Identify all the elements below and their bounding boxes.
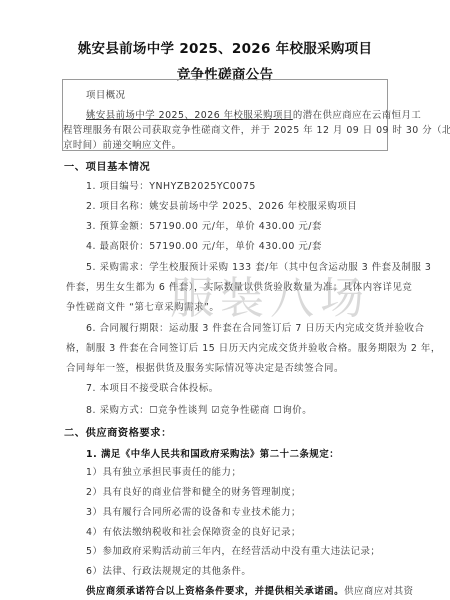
overview-line3: 京时间）前递交响应文件。: [63, 137, 182, 151]
commitment-rest: 供应商应对其资: [344, 586, 413, 597]
overview-heading: 项目概况: [86, 87, 126, 101]
document-title-line1: 姚安县前场中学 2025、2026 年校服采购项目: [0, 37, 450, 57]
contract-period-line2: 格，制服 3 件套在合同签订后 15 日历天内完成交货并验收合格。服务期限为 2…: [66, 340, 441, 354]
document-page: 姚安县前场中学 2025、2026 年校服采购项目 竞争性磋商公告 项目概况 姚…: [0, 0, 450, 600]
procurement-needs-line1: 5. 采购需求：学生校服预计采购 133 套/年（其中包含运动服 3 件套及制服…: [86, 259, 431, 273]
condition-1: 1）具有独立承担民事责任的能力；: [86, 464, 241, 478]
procurement-method: 8. 采购方式：☐竞争性谈判 ☑竞争性磋商 ☐询价。: [86, 402, 312, 416]
section1-heading: 一、项目基本情况: [64, 158, 150, 173]
max-price: 4. 最高限价：57190.00 元/年，单价 430.00 元/套: [86, 238, 322, 252]
project-number: 1. 项目编号：YNHYZB2025YC0075: [86, 178, 256, 192]
procurement-needs-line3: 争性磋商文件 “第七章采购需求”。: [66, 299, 219, 313]
project-name: 2. 项目名称：姚安县前场中学 2025、2026 年校服采购项目: [86, 198, 357, 212]
contract-period-line3: 合同每年一签，根据供货及服务实际情况等决定是否续签合同。: [66, 360, 344, 374]
overview-project-name-link: 姚安县前场中学 2025、2026 年校服采购项目: [86, 110, 293, 121]
procurement-needs-line2: 件套，男生女生都为 6 件套），实际数量以供货验收数量为准；具体内容详见竞: [66, 279, 412, 293]
commitment-line: 供应商须承诺符合以上资格条件要求，并提供相关承诺函。供应商应对其资: [86, 583, 414, 597]
condition-4: 4）有依法缴纳税收和社会保障资金的良好记录；: [86, 524, 301, 538]
section2-heading: 二、供应商资格要求：: [64, 424, 172, 439]
condition-2: 2）具有良好的商业信誉和健全的财务管理制度；: [86, 484, 301, 498]
contract-period-line1: 6. 合同履行期限：运动服 3 件套在合同签订后 7 日历天内完成交货并验收合: [86, 320, 424, 334]
overview-line2: 程管理服务有限公司获取竞争性磋商文件，并于 2025 年 12 月 09 日 0…: [63, 122, 450, 136]
commitment-bold: 供应商须承诺符合以上资格条件要求，并提供相关承诺函。: [86, 586, 344, 597]
project-overview-box: 项目概况 姚安县前场中学 2025、2026 年校服采购项目的潜在供应商应在云南…: [62, 79, 388, 151]
condition-3: 3）具有履行合同所必需的设备和专业技术能力；: [86, 504, 301, 518]
overview-line1-rest: 的潜在供应商应在云南恒月工: [293, 110, 421, 121]
no-consortium-note: 7. 本项目不接受联合体投标。: [86, 380, 219, 394]
overview-line1: 姚安县前场中学 2025、2026 年校服采购项目的潜在供应商应在云南恒月工: [86, 107, 421, 121]
qualification-law-clause: 1. 满足《中华人民共和国政府采购法》第二十二条规定：: [86, 446, 339, 460]
condition-5: 5）参加政府采购活动前三年内，在经营活动中没有重大违法记录；: [86, 543, 380, 557]
condition-6: 6）法律、行政法规规定的其他条件。: [86, 563, 251, 577]
budget-amount: 3. 预算金额：57190.00 元/年，单价 430.00 元/套: [86, 218, 322, 232]
